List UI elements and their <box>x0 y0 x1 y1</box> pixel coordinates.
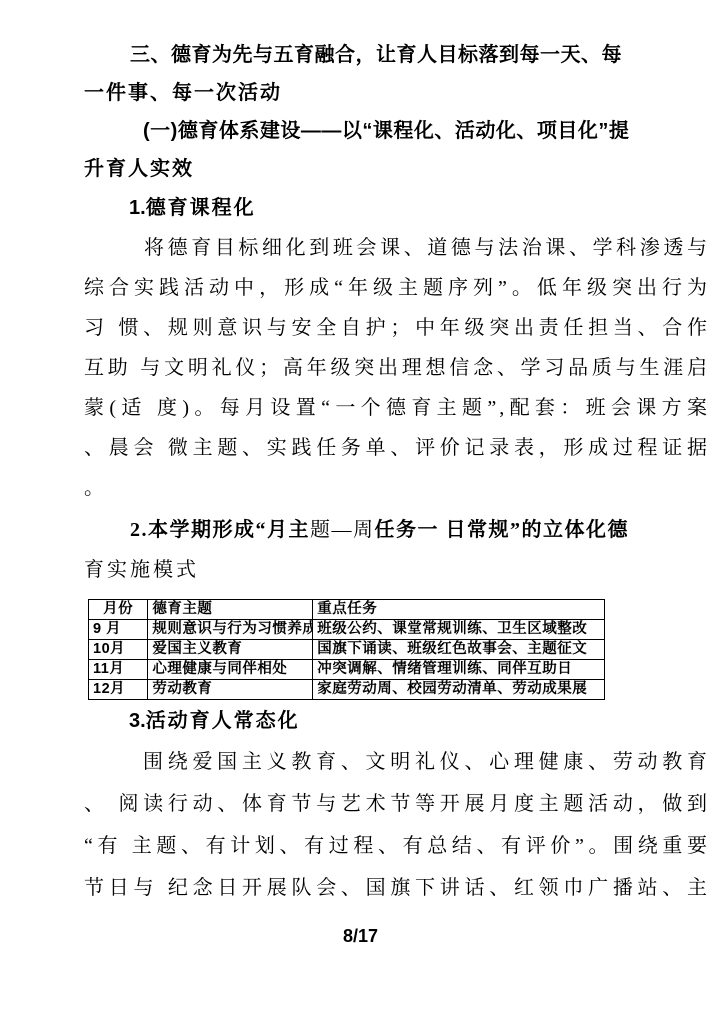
item1-title-text: 德育课程化 <box>146 197 256 219</box>
item3-title: 3.活动育人常态化 <box>84 701 710 741</box>
item2-title-bold-start: 2.本学期形成“月主 <box>130 519 310 541</box>
table-row-september: 9 月 规则意识与行为习惯养成 班级公约、课堂常规训练、卫生区域整改 <box>89 620 605 640</box>
cell-month: 10月 <box>89 640 148 660</box>
monthly-plan-table: 月份 德育主题 重点任务 9 月 规则意识与行为习惯养成 班级公约、课堂常规训练… <box>88 599 605 700</box>
item1-paragraph-line-2: 综合实践活动中，形成“年级主题序列”。低年级突出行为 <box>84 268 710 308</box>
table-header-month: 月份 <box>89 600 148 620</box>
item2-title-line-1: 2.本学期形成“月主题—周任务一 日常规”的立体化德 <box>84 510 710 550</box>
cell-month: 11月 <box>89 660 148 680</box>
page-number: 8/17 <box>0 924 721 948</box>
cell-tasks: 班级公约、课堂常规训练、卫生区域整改 <box>313 620 605 640</box>
section-heading-line-2: 一件事、每一次活动 <box>84 74 710 112</box>
item1-paragraph-line-4: 互助 与文明礼仪；高年级突出理想信念、学习品质与生涯启 <box>84 348 710 388</box>
item1-title: 1.德育课程化 <box>84 188 710 228</box>
subsection-heading-line-2: 升育人实效 <box>84 150 710 188</box>
cell-theme: 劳动教育 <box>148 680 313 700</box>
document-page: 三、德育为先与五育融合，让育人目标落到每一天、每 一件事、每一次活动 (一)德育… <box>0 0 721 1024</box>
item1-number: 1. <box>129 197 146 219</box>
cell-theme: 心理健康与同伴相处 <box>148 660 313 680</box>
item1-paragraph-line-3: 习 惯、规则意识与安全自护；中年级突出责任担当、合作 <box>84 308 710 348</box>
item2-title-regular-mid: 题—周 <box>310 519 375 541</box>
cell-theme: 规则意识与行为习惯养成 <box>148 620 313 640</box>
table-header-row: 月份 德育主题 重点任务 <box>89 600 605 620</box>
item3-paragraph-line-3: “有 主题、有计划、有过程、有总结、有评价”。围绕重要 <box>84 825 710 867</box>
cell-tasks: 冲突调解、情绪管理训练、同伴互助日 <box>313 660 605 680</box>
cell-tasks: 家庭劳动周、校园劳动清单、劳动成果展 <box>313 680 605 700</box>
table-header-theme: 德育主题 <box>148 600 313 620</box>
table-row-october: 10月 爱国主义教育 国旗下诵读、班级红色故事会、主题征文 <box>89 640 605 660</box>
cell-tasks: 国旗下诵读、班级红色故事会、主题征文 <box>313 640 605 660</box>
item3-paragraph-line-2: 、 阅读行动、体育节与艺术节等开展月度主题活动，做到 <box>84 783 710 825</box>
item3-paragraph-line-1: 围绕爱国主义教育、文明礼仪、心理健康、劳动教育 <box>84 741 710 783</box>
item1-paragraph-line-6: 、晨会 微主题、实践任务单、评价记录表，形成过程证据 <box>84 428 710 468</box>
subsection-heading-line-1: (一)德育体系建设——以“课程化、活动化、项目化”提 <box>84 112 710 150</box>
cell-theme: 爱国主义教育 <box>148 640 313 660</box>
item3-title-text: 活动育人常态化 <box>146 710 300 732</box>
item3-paragraph-line-4: 节日与 纪念日开展队会、国旗下讲话、红领巾广播站、主 <box>84 867 710 909</box>
cell-month: 9 月 <box>89 620 148 640</box>
item1-paragraph-line-1: 将德育目标细化到班会课、道德与法治课、学科渗透与 <box>84 228 710 268</box>
table-row-december: 12月 劳动教育 家庭劳动周、校园劳动清单、劳动成果展 <box>89 680 605 700</box>
item2-title-line-2: 育实施模式 <box>84 550 710 590</box>
table-header-tasks: 重点任务 <box>313 600 605 620</box>
item1-paragraph-line-5: 蒙(适 度)。每月设置“一个德育主题”,配套：班会课方案 <box>84 388 710 428</box>
item2-title-bold-end: 任务一 日常规”的立体化德 <box>375 519 630 541</box>
table-row-november: 11月 心理健康与同伴相处 冲突调解、情绪管理训练、同伴互助日 <box>89 660 605 680</box>
item1-paragraph-line-7: 。 <box>84 468 710 508</box>
cell-month: 12月 <box>89 680 148 700</box>
section-heading-line-1: 三、德育为先与五育融合，让育人目标落到每一天、每 <box>84 36 710 74</box>
document-content: 三、德育为先与五育融合，让育人目标落到每一天、每 一件事、每一次活动 (一)德育… <box>0 0 721 909</box>
item3-number: 3. <box>129 710 146 732</box>
